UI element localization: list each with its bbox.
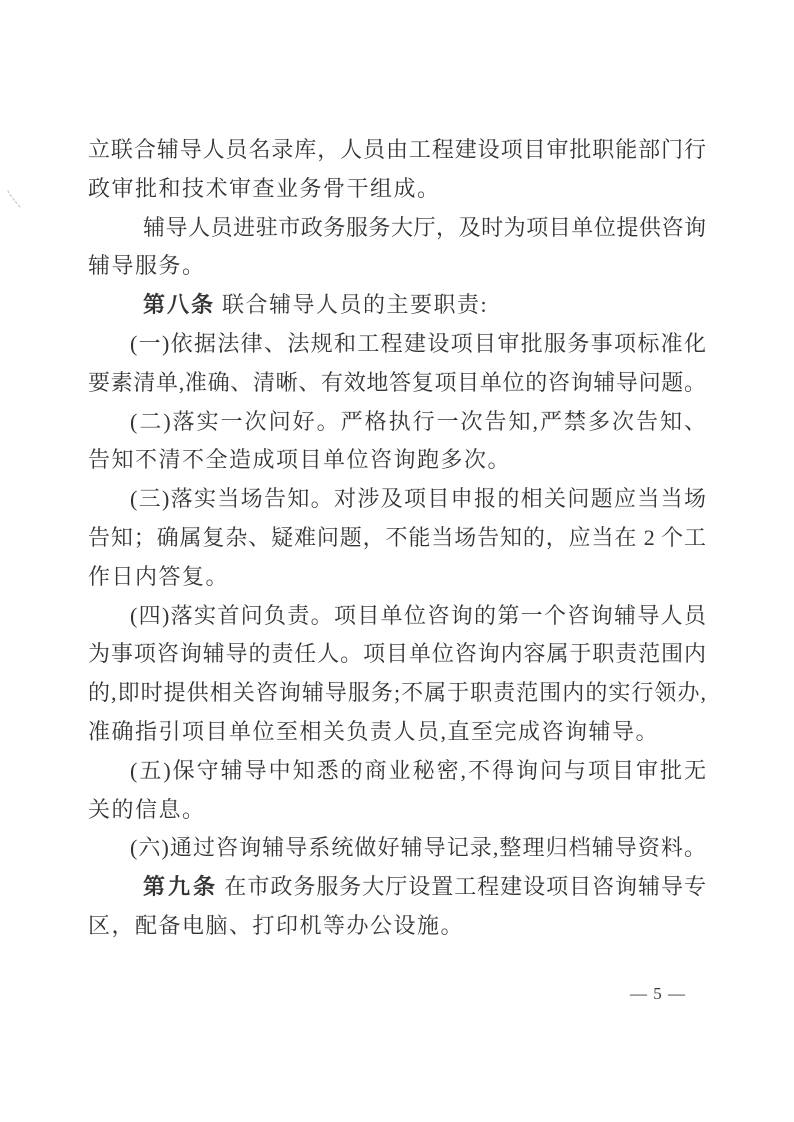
text-line: (六)通过咨询辅导系统做好辅导记录,整理归档辅导资料。 — [88, 829, 706, 868]
document-body: 立联合辅导人员名录库，人员由工程建设项目审批职能部门行政审批和技术审查业务骨干组… — [88, 131, 706, 946]
article-number-bold: 第八条 — [143, 292, 215, 317]
text-line: (五)保守辅导中知悉的商业秘密,不得询问与项目审批无 — [88, 752, 706, 791]
text-line: (三)落实当场告知。对涉及项目申报的相关问题应当当场 — [88, 480, 706, 519]
text-line: 政审批和技术审查业务骨干组成。 — [88, 170, 706, 209]
text-line: 立联合辅导人员名录库，人员由工程建设项目审批职能部门行 — [88, 131, 706, 170]
text-line: (四)落实首问负责。项目单位咨询的第一个咨询辅导人员 — [88, 597, 706, 636]
text-line: 辅导服务。 — [88, 247, 706, 286]
text-line: 第八条 联合辅导人员的主要职责: — [88, 286, 706, 325]
text-line: 告知不清不全造成项目单位咨询跑多次。 — [88, 441, 706, 480]
text-line: 关的信息。 — [88, 791, 706, 830]
text-line: 告知；确属复杂、疑难问题，不能当场告知的，应当在 2 个工 — [88, 519, 706, 558]
text-line: 作日内答复。 — [88, 558, 706, 597]
scan-artifact-mark — [5, 188, 25, 212]
text-line: 准确指引项目单位至相关负责人员,直至完成咨询辅导。 — [88, 713, 706, 752]
text-line: 区，配备电脑、打印机等办公设施。 — [88, 907, 706, 946]
page-number: — 5 — — [630, 984, 686, 1004]
text-line: 为事项咨询辅导的责任人。项目单位咨询内容属于职责范围内 — [88, 635, 706, 674]
text-line: (二)落实一次问好。严格执行一次告知,严禁多次告知、 — [88, 403, 706, 442]
text-line: (一)依据法律、法规和工程建设项目审批服务事项标准化 — [88, 325, 706, 364]
text-line: 的,即时提供相关咨询辅导服务;不属于职责范围内的实行领办, — [88, 674, 706, 713]
article-number-bold: 第九条 — [143, 874, 218, 899]
text-line: 第九条 在市政务服务大厅设置工程建设项目咨询辅导专 — [88, 868, 706, 907]
text-line: 辅导人员进驻市政务服务大厅，及时为项目单位提供咨询 — [88, 209, 706, 248]
document-page: 立联合辅导人员名录库，人员由工程建设项目审批职能部门行政审批和技术审查业务骨干组… — [0, 0, 794, 1122]
text-line: 要素清单,准确、清晰、有效地答复项目单位的咨询辅导问题。 — [88, 364, 706, 403]
